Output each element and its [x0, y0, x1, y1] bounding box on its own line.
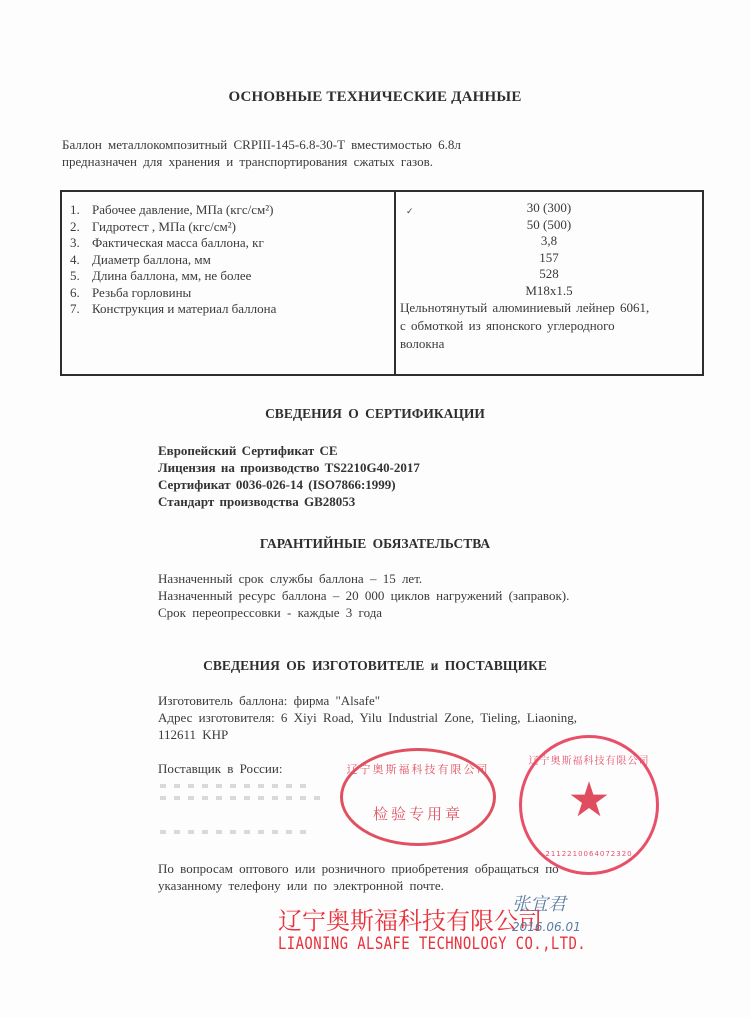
cert-line: Европейский Сертификат CE: [158, 442, 420, 459]
cert-line: Стандарт производства GB28053: [158, 493, 420, 510]
spec-label: Резьба горловины: [92, 285, 191, 300]
warranty-line: Назначенный срок службы баллона – 15 лет…: [158, 570, 569, 587]
certification-list: Европейский Сертификат CE Лицензия на пр…: [158, 442, 420, 510]
redacted-text: [160, 796, 320, 800]
row-number: 6.: [70, 285, 92, 302]
company-name-cn: 辽宁奥斯福科技有限公司: [278, 908, 654, 934]
specs-values: 30 (300) 50 (500) 3,8 157 528 M18x1.5 Це…: [400, 200, 698, 353]
company-seal: 辽宁奥斯福科技有限公司 ★ 2112210064072320: [519, 735, 659, 875]
warranty-line: Срок переопрессовки - каждые 3 года: [158, 604, 569, 621]
spec-value: 30 (300): [400, 200, 698, 217]
spec-value: 3,8: [400, 233, 698, 250]
signature: 张宜君 2016.06.01: [512, 890, 581, 934]
stamp-arc-text: 辽宁奥斯福科技有限公司: [343, 761, 493, 777]
spec-label: Фактическая масса баллона, кг: [92, 235, 264, 250]
row-number: 2.: [70, 219, 92, 236]
row-number: 4.: [70, 252, 92, 269]
cert-line: Сертификат 0036-026-14 (ISO7866:1999): [158, 476, 420, 493]
table-divider: [394, 192, 396, 374]
table-row: 6.Резьба горловины: [70, 285, 276, 302]
star-icon: ★: [522, 772, 656, 828]
tick-mark-icon: ✓: [406, 206, 414, 217]
spec-value: M18x1.5: [400, 283, 698, 300]
document-title: ОСНОВНЫЕ ТЕХНИЧЕСКИЕ ДАННЫЕ: [0, 89, 750, 106]
stamp-inner-text: 检验专用章: [343, 803, 493, 824]
company-name-stamp: 辽宁奥斯福科技有限公司 LIAONING ALSAFE TECHNOLOGY C…: [278, 908, 654, 954]
intro-text: Баллон металлокомпозитный CRPIII-145-6.8…: [62, 136, 461, 170]
manufacturer-line: Изготовитель баллона: фирма "Alsafe": [158, 692, 577, 709]
signature-date: 2016.06.01: [512, 920, 581, 934]
inspection-stamp: 辽宁奥斯福科技有限公司 检验专用章: [340, 748, 496, 846]
spec-value: 50 (500): [400, 217, 698, 234]
row-number: 5.: [70, 268, 92, 285]
specs-labels: 1.Рабочее давление, МПа (кгс/см²) 2.Гидр…: [70, 202, 276, 318]
table-row: 5.Длина баллона, мм, не более: [70, 268, 276, 285]
table-row: 3.Фактическая масса баллона, кг: [70, 235, 276, 252]
row-number: 7.: [70, 301, 92, 318]
spec-value: 157: [400, 250, 698, 267]
cert-line: Лицензия на производство TS2210G40-2017: [158, 459, 420, 476]
table-row: 2.Гидротест , МПа (кгс/см²): [70, 219, 276, 236]
supplier-label: Поставщик в России:: [158, 760, 282, 777]
spec-label: Рабочее давление, МПа (кгс/см²): [92, 202, 273, 217]
manufacturer-line: 112611 KHP: [158, 726, 577, 743]
table-row: 4.Диаметр баллона, мм: [70, 252, 276, 269]
spec-label: Диаметр баллона, мм: [92, 252, 211, 267]
construction-line: Цельнотянутый алюминиевый лейнер 6061,: [400, 299, 698, 317]
manufacturer-line: Адрес изготовителя: 6 Xiyi Road, Yilu In…: [158, 709, 577, 726]
warranty-line: Назначенный ресурс баллона – 20 000 цикл…: [158, 587, 569, 604]
spec-label: Гидротест , МПа (кгс/см²): [92, 219, 236, 234]
intro-line: предназначен для хранения и транспортиро…: [62, 153, 461, 170]
row-number: 1.: [70, 202, 92, 219]
company-name-en: LIAONING ALSAFE TECHNOLOGY CO.,LTD.: [278, 934, 586, 954]
redacted-text: [160, 784, 310, 788]
contact-line: указанному телефону или по электронной п…: [158, 877, 559, 894]
redacted-text: [160, 830, 310, 834]
signature-name: 张宜君: [512, 890, 581, 916]
contact-note: По вопросам оптового или розничного прио…: [158, 860, 559, 894]
construction-line: волокна: [400, 335, 698, 353]
seal-code: 2112210064072320: [522, 850, 656, 858]
table-row: 7.Конструкция и материал баллона: [70, 301, 276, 318]
warranty-list: Назначенный срок службы баллона – 15 лет…: [158, 570, 569, 621]
certification-title: СВЕДЕНИЯ О СЕРТИФИКАЦИИ: [0, 406, 750, 422]
manufacturer-info: Изготовитель баллона: фирма "Alsafe" Адр…: [158, 692, 577, 743]
spec-label: Длина баллона, мм, не более: [92, 268, 251, 283]
intro-line: Баллон металлокомпозитный CRPIII-145-6.8…: [62, 136, 461, 153]
contact-line: По вопросам оптового или розничного прио…: [158, 860, 559, 877]
row-number: 3.: [70, 235, 92, 252]
spec-value: 528: [400, 266, 698, 283]
table-row: 1.Рабочее давление, МПа (кгс/см²): [70, 202, 276, 219]
manufacturer-title: СВЕДЕНИЯ ОБ ИЗГОТОВИТЕЛЕ и ПОСТАВЩИКЕ: [0, 658, 750, 674]
spec-label: Конструкция и материал баллона: [92, 301, 276, 316]
specs-table: 1.Рабочее давление, МПа (кгс/см²) 2.Гидр…: [60, 190, 704, 376]
seal-arc-text: 辽宁奥斯福科技有限公司: [522, 752, 656, 767]
warranty-title: ГАРАНТИЙНЫЕ ОБЯЗАТЕЛЬСТВА: [0, 536, 750, 552]
construction-line: с обмоткой из японского углеродного: [400, 317, 698, 335]
